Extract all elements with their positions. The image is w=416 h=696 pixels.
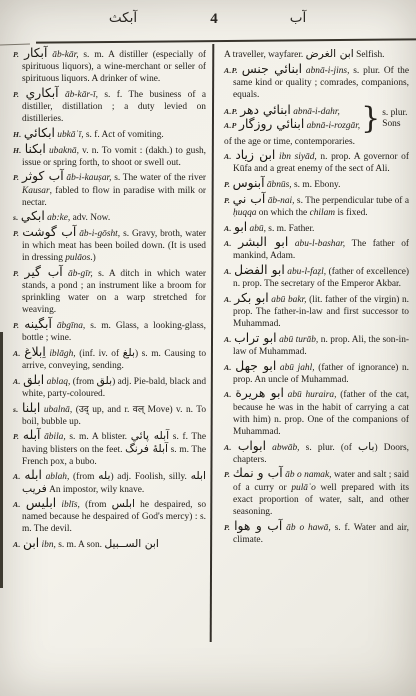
language-marker: P.	[13, 50, 19, 59]
language-marker: s.	[13, 213, 19, 222]
headword-arabic: ابنائي روزگار	[239, 117, 304, 131]
language-marker: P.	[224, 470, 230, 479]
definition-text: s. The perpendicular tube of a	[297, 196, 409, 206]
headword-arabic: ابلنا	[22, 401, 40, 415]
dictionary-entry: P. آب گوشت āb-i-gōsht, s. Gravy, broth, …	[13, 228, 206, 264]
dictionary-entry: P. آب گير āb-gīr, s. A ditch in which wa…	[13, 268, 206, 317]
definition-text: (inf. iv. of	[79, 349, 122, 359]
headword-arabic: آبكار	[24, 46, 47, 60]
transliteration: ubaknā,	[49, 146, 79, 156]
headword-arabic: ابنائي جنس	[242, 62, 302, 76]
transliteration: abnā-i-rozgār,	[307, 121, 361, 131]
definition-italic-term: ḥuqqa	[233, 208, 256, 218]
language-marker: H.	[13, 146, 22, 155]
transliteration: ubalnā,	[44, 405, 72, 415]
headword-arabic: آب كوثر	[22, 169, 64, 183]
dictionary-entry: P. آب ني āb-nai, s. The perpendicular tu…	[224, 195, 409, 219]
transliteration: ābgīna,	[57, 321, 85, 331]
definition-text: A traveller, wayfarer.	[224, 50, 306, 60]
dictionary-entry: P. آبكار āb-kār, s. m. A distiller (espe…	[13, 49, 206, 85]
language-marker: A.P.	[224, 66, 238, 75]
headword-arabic: ابن زياد	[235, 148, 275, 162]
headword-arabic: آب و نمك	[233, 466, 283, 480]
dictionary-entry: A. ابو الفضل abu-l-faẓl, (father of exce…	[224, 266, 409, 290]
headword-arabic: ابن	[23, 536, 39, 550]
definition-italic-term: Kausar	[22, 186, 50, 196]
transliteration: abu-l-bashar,	[295, 239, 345, 249]
language-marker: A.	[224, 224, 232, 233]
headword-arabic: اِبلاغ	[24, 345, 46, 359]
transliteration: ablah,	[46, 472, 70, 482]
brace-label-line: s. plur.	[382, 108, 407, 120]
language-marker: A.	[13, 500, 21, 509]
braced-rows: A.P. ابنائي دهر abnā-i-dahr, A.P ابنائي …	[224, 105, 360, 134]
brace-label-line: Sons	[382, 119, 407, 131]
language-marker: A.	[224, 152, 232, 161]
brace-glyph: }	[361, 106, 380, 132]
transliteration: āb o namak,	[285, 470, 331, 480]
language-marker: A.	[13, 472, 21, 481]
language-marker: A.	[13, 540, 21, 549]
language-marker: A.	[224, 363, 232, 372]
transliteration: iblāgh,	[49, 349, 75, 359]
dictionary-entry: A. ابو abū, s. m. Father.	[224, 223, 409, 235]
inline-arabic: آبلهٔ فرنگ	[125, 442, 168, 455]
headword-arabic: آب و هوا	[234, 519, 282, 533]
language-marker: A.	[224, 267, 232, 276]
column-divider-rule	[210, 44, 214, 642]
headword-arabic: ابو بكر	[234, 291, 268, 305]
language-marker: A.	[13, 377, 21, 386]
dictionary-entry: of the age or time, contemporaries.	[224, 136, 409, 148]
transliteration: ābila,	[44, 432, 66, 442]
transliteration: abū bakr,	[271, 295, 306, 305]
brace-label: s. plur.Sons	[382, 108, 407, 131]
transliteration: abwāb,	[272, 443, 299, 453]
definition-text: s. The water of the river	[114, 173, 206, 183]
headword-arabic: ابنائي دهر	[240, 103, 291, 117]
transliteration: āb-kār,	[52, 50, 78, 60]
definition-text: An impostor, wily knave.	[47, 485, 145, 495]
headword-arabic: ابكنا	[25, 142, 46, 156]
catchword-right: آب	[268, 10, 328, 26]
dictionary-entry: A. ابو جهل abū jahl, (father of ignoranc…	[224, 362, 409, 386]
inline-arabic: بلغ	[123, 346, 135, 359]
language-marker: A.	[224, 390, 232, 399]
language-marker: A.	[224, 295, 232, 304]
definition-italic-term: chilam	[310, 208, 336, 218]
transliteration: āb-kār-ī,	[65, 90, 98, 100]
definition-italic-term: pulāʾo	[291, 483, 315, 493]
transliteration: ab:ke,	[47, 213, 70, 223]
dictionary-entry: A.P. ابنائي جنس abnā-i-jins, s. plur. Of…	[224, 65, 409, 101]
definition-text: (from	[73, 472, 98, 482]
headword-arabic: ابو جهل	[235, 359, 276, 373]
dictionary-entry: H. ابكائي ubkāʾī, s. f. Act of vomiting.	[13, 129, 206, 141]
dictionary-entry-braced: A.P. ابنائي دهر abnā-i-dahr, A.P ابنائي …	[224, 105, 409, 134]
transliteration: iblīs,	[61, 500, 80, 510]
right-column: A traveller, wayfarer. ابن الغرض Selfish…	[224, 49, 409, 549]
inline-devanagari: वल्	[133, 404, 144, 414]
transliteration: āb o hawā,	[286, 523, 331, 533]
headword-arabic: ابو الفضل	[234, 263, 285, 277]
definition-text: s. m. A distiller (especially of spiritu…	[22, 50, 206, 84]
definition-text: ) adj. Foolish, silly.	[110, 472, 190, 482]
braced-row: A.P ابنائي روزگار abnā-i-rozgār,	[224, 119, 360, 134]
dictionary-entry: P. آبگينه ābgīna, s. m. Glass, a looking…	[13, 320, 206, 344]
catchword-left: آبكث	[88, 10, 158, 26]
definition-text: s. m. A son.	[58, 540, 104, 550]
language-marker: P.	[13, 432, 19, 441]
dictionary-entry: A. ابو البشر abu-l-bashar, The father of…	[224, 238, 409, 262]
language-marker: A.	[224, 443, 232, 452]
transliteration: abū jahl,	[280, 363, 315, 373]
dictionary-entry: A traveller, wayfarer. ابن الغرض Selfish…	[224, 49, 409, 61]
dictionary-entry: A. ابو بكر abū bakr, (lit. father of the…	[224, 294, 409, 330]
language-marker: P.	[13, 173, 19, 182]
headword-arabic: ابكي	[21, 209, 45, 223]
language-marker: P.	[13, 321, 19, 330]
language-marker: P.	[13, 229, 19, 238]
dictionary-entry: A. ابو هريرة abū huraira, (father of the…	[224, 389, 409, 438]
headword-arabic: آبله	[23, 428, 41, 442]
language-marker: P.	[224, 180, 230, 189]
dictionary-entry: H. ابكنا ubaknā, v. n. To vomit : (dakh.…	[13, 145, 206, 169]
headword-arabic: آبكاري	[26, 86, 59, 100]
dictionary-entry: A. ابلق ablaq, (from بلق) adj. Pie-bald,…	[13, 376, 206, 400]
dictionary-entry: P. آبنوس ābnūs, s. m. Ebony.	[224, 179, 409, 191]
definition-text: .)	[90, 253, 95, 263]
dictionary-entry: P. آب كوثر āb-i-kauṣar, s. The water of …	[13, 172, 206, 208]
inline-arabic: آبله پائي	[131, 429, 169, 442]
transliteration: abu-l-faẓl,	[287, 267, 326, 277]
language-marker: s.	[13, 405, 19, 414]
definition-text: s. plur. (of	[306, 443, 358, 453]
headword-arabic: ابو	[234, 220, 247, 234]
dictionary-entry: s. ابلنا ubalnā, (उद् up, and r. वल् Mov…	[13, 404, 206, 428]
definition-text: (from	[85, 500, 112, 510]
headword-arabic: ابو البشر	[238, 235, 288, 249]
definition-text: Selfish.	[354, 50, 385, 60]
header-rule	[36, 38, 416, 43]
scan-edge-artifact	[0, 332, 3, 588]
transliteration: abnā-i-dahr,	[293, 107, 340, 117]
definition-text: up, and r.	[89, 405, 133, 415]
transliteration: abnā-i-jins,	[306, 66, 350, 76]
dictionary-entry: A. ابواب abwāb, s. plur. (of باب) Doors,…	[224, 442, 409, 466]
transliteration: āb-i-gōsht,	[79, 229, 120, 239]
definition-text: , fabled to flow in paradise with milk o…	[22, 186, 206, 208]
dictionary-entry: A. ابله ablah, (from بله) adj. Foolish, …	[13, 471, 206, 495]
definition-text: s. m. Ebony.	[294, 180, 341, 190]
definition-text: (from	[73, 377, 97, 387]
transliteration: āb-i-kauṣar,	[66, 173, 111, 183]
inline-arabic: بلق	[97, 374, 113, 387]
transliteration: ābnūs,	[267, 180, 292, 190]
transliteration: ibn siyād,	[279, 152, 317, 162]
transliteration: āb-gīr,	[68, 269, 93, 279]
language-marker: P.	[13, 269, 19, 278]
dictionary-entry: A. ابو تراب abū turāb, n. prop. Ali, the…	[224, 334, 409, 358]
transliteration: āb-nai,	[268, 196, 295, 206]
inline-arabic: بله	[98, 469, 110, 482]
dictionary-entry: P. آب و نمك āb o namak, water and salt ;…	[224, 469, 409, 518]
transliteration: ibn,	[42, 540, 56, 550]
headword-arabic: ابو تراب	[234, 331, 276, 345]
language-marker: A.	[13, 349, 21, 358]
inline-arabic: ابن الســبيل	[104, 537, 159, 550]
definition-text: is fixed.	[335, 208, 368, 218]
headword-arabic: ابو هريرة	[235, 386, 283, 400]
headword-arabic: آبنوس	[233, 176, 265, 190]
definition-text: s. m. Father.	[268, 224, 314, 234]
definition-text: s. m. A blister.	[69, 432, 130, 442]
headword-arabic: ابكائي	[24, 126, 55, 140]
transliteration: abū,	[250, 224, 266, 234]
dictionary-entry: A. ابليس iblīs, (from ابلس he despaired,…	[13, 499, 206, 535]
dictionary-entry: A. ابن زياد ibn siyād, n. prop. A govern…	[224, 151, 409, 175]
language-marker: A.P	[224, 121, 237, 130]
headword-arabic: ابله	[24, 468, 42, 482]
inline-arabic: ابن الغرض	[306, 47, 354, 60]
language-marker: A.	[224, 239, 232, 248]
headword-arabic: آب گوشت	[22, 225, 76, 239]
left-column: P. آبكار āb-kār, s. m. A distiller (espe…	[13, 49, 206, 555]
headword-arabic: ابلق	[23, 373, 44, 387]
language-marker: H.	[13, 130, 22, 139]
dictionary-entry: P. آبله ābila, s. m. A blister. آبله پائ…	[13, 431, 206, 467]
definition-text: adv. Now.	[73, 213, 111, 223]
language-marker: P.	[224, 196, 230, 205]
language-marker: P.	[224, 523, 230, 532]
dictionary-entry: s. ابكي ab:ke, adv. Now.	[13, 212, 206, 224]
language-marker: A.P.	[224, 107, 238, 116]
headword-arabic: آب ني	[233, 192, 266, 206]
transliteration: ablaq,	[47, 377, 71, 387]
dictionary-entry: P. آب و هوا āb o hawā, s. f. Water and a…	[224, 522, 409, 546]
inline-arabic: ابلس	[112, 497, 135, 510]
headword-arabic: آب گير	[25, 265, 63, 279]
definition-text: s. f. Act of vomiting.	[86, 130, 164, 140]
dictionary-page-scan: آبكث 4 آب P. آبكار āb-kār, s. m. A disti…	[0, 0, 416, 696]
headword-arabic: ابواب	[238, 439, 266, 453]
headword-arabic: آبگينه	[24, 317, 52, 331]
language-marker: A.	[224, 335, 232, 344]
definition-text: on which the	[256, 208, 309, 218]
language-marker: P.	[13, 90, 19, 99]
inline-devanagari: उद्	[79, 404, 89, 414]
transliteration: ubkāʾī,	[57, 130, 83, 140]
headword-arabic: ابليس	[26, 496, 56, 510]
dictionary-entry: A. ابن ibn, s. m. A son. ابن الســبيل	[13, 539, 206, 551]
dictionary-entry: P. آبكاري āb-kār-ī, s. f. The business o…	[13, 89, 206, 125]
transliteration: abū huraira,	[288, 390, 337, 400]
transliteration: abū turāb,	[279, 335, 318, 345]
definition-italic-term: pulāos	[65, 253, 90, 263]
inline-arabic: باب	[358, 440, 374, 453]
page-number: 4	[196, 11, 232, 28]
dictionary-entry: A. اِبلاغ iblāgh, (inf. iv. of بلغ) s. m…	[13, 348, 206, 372]
definition-text: of the age or time, contemporaries.	[224, 137, 355, 147]
